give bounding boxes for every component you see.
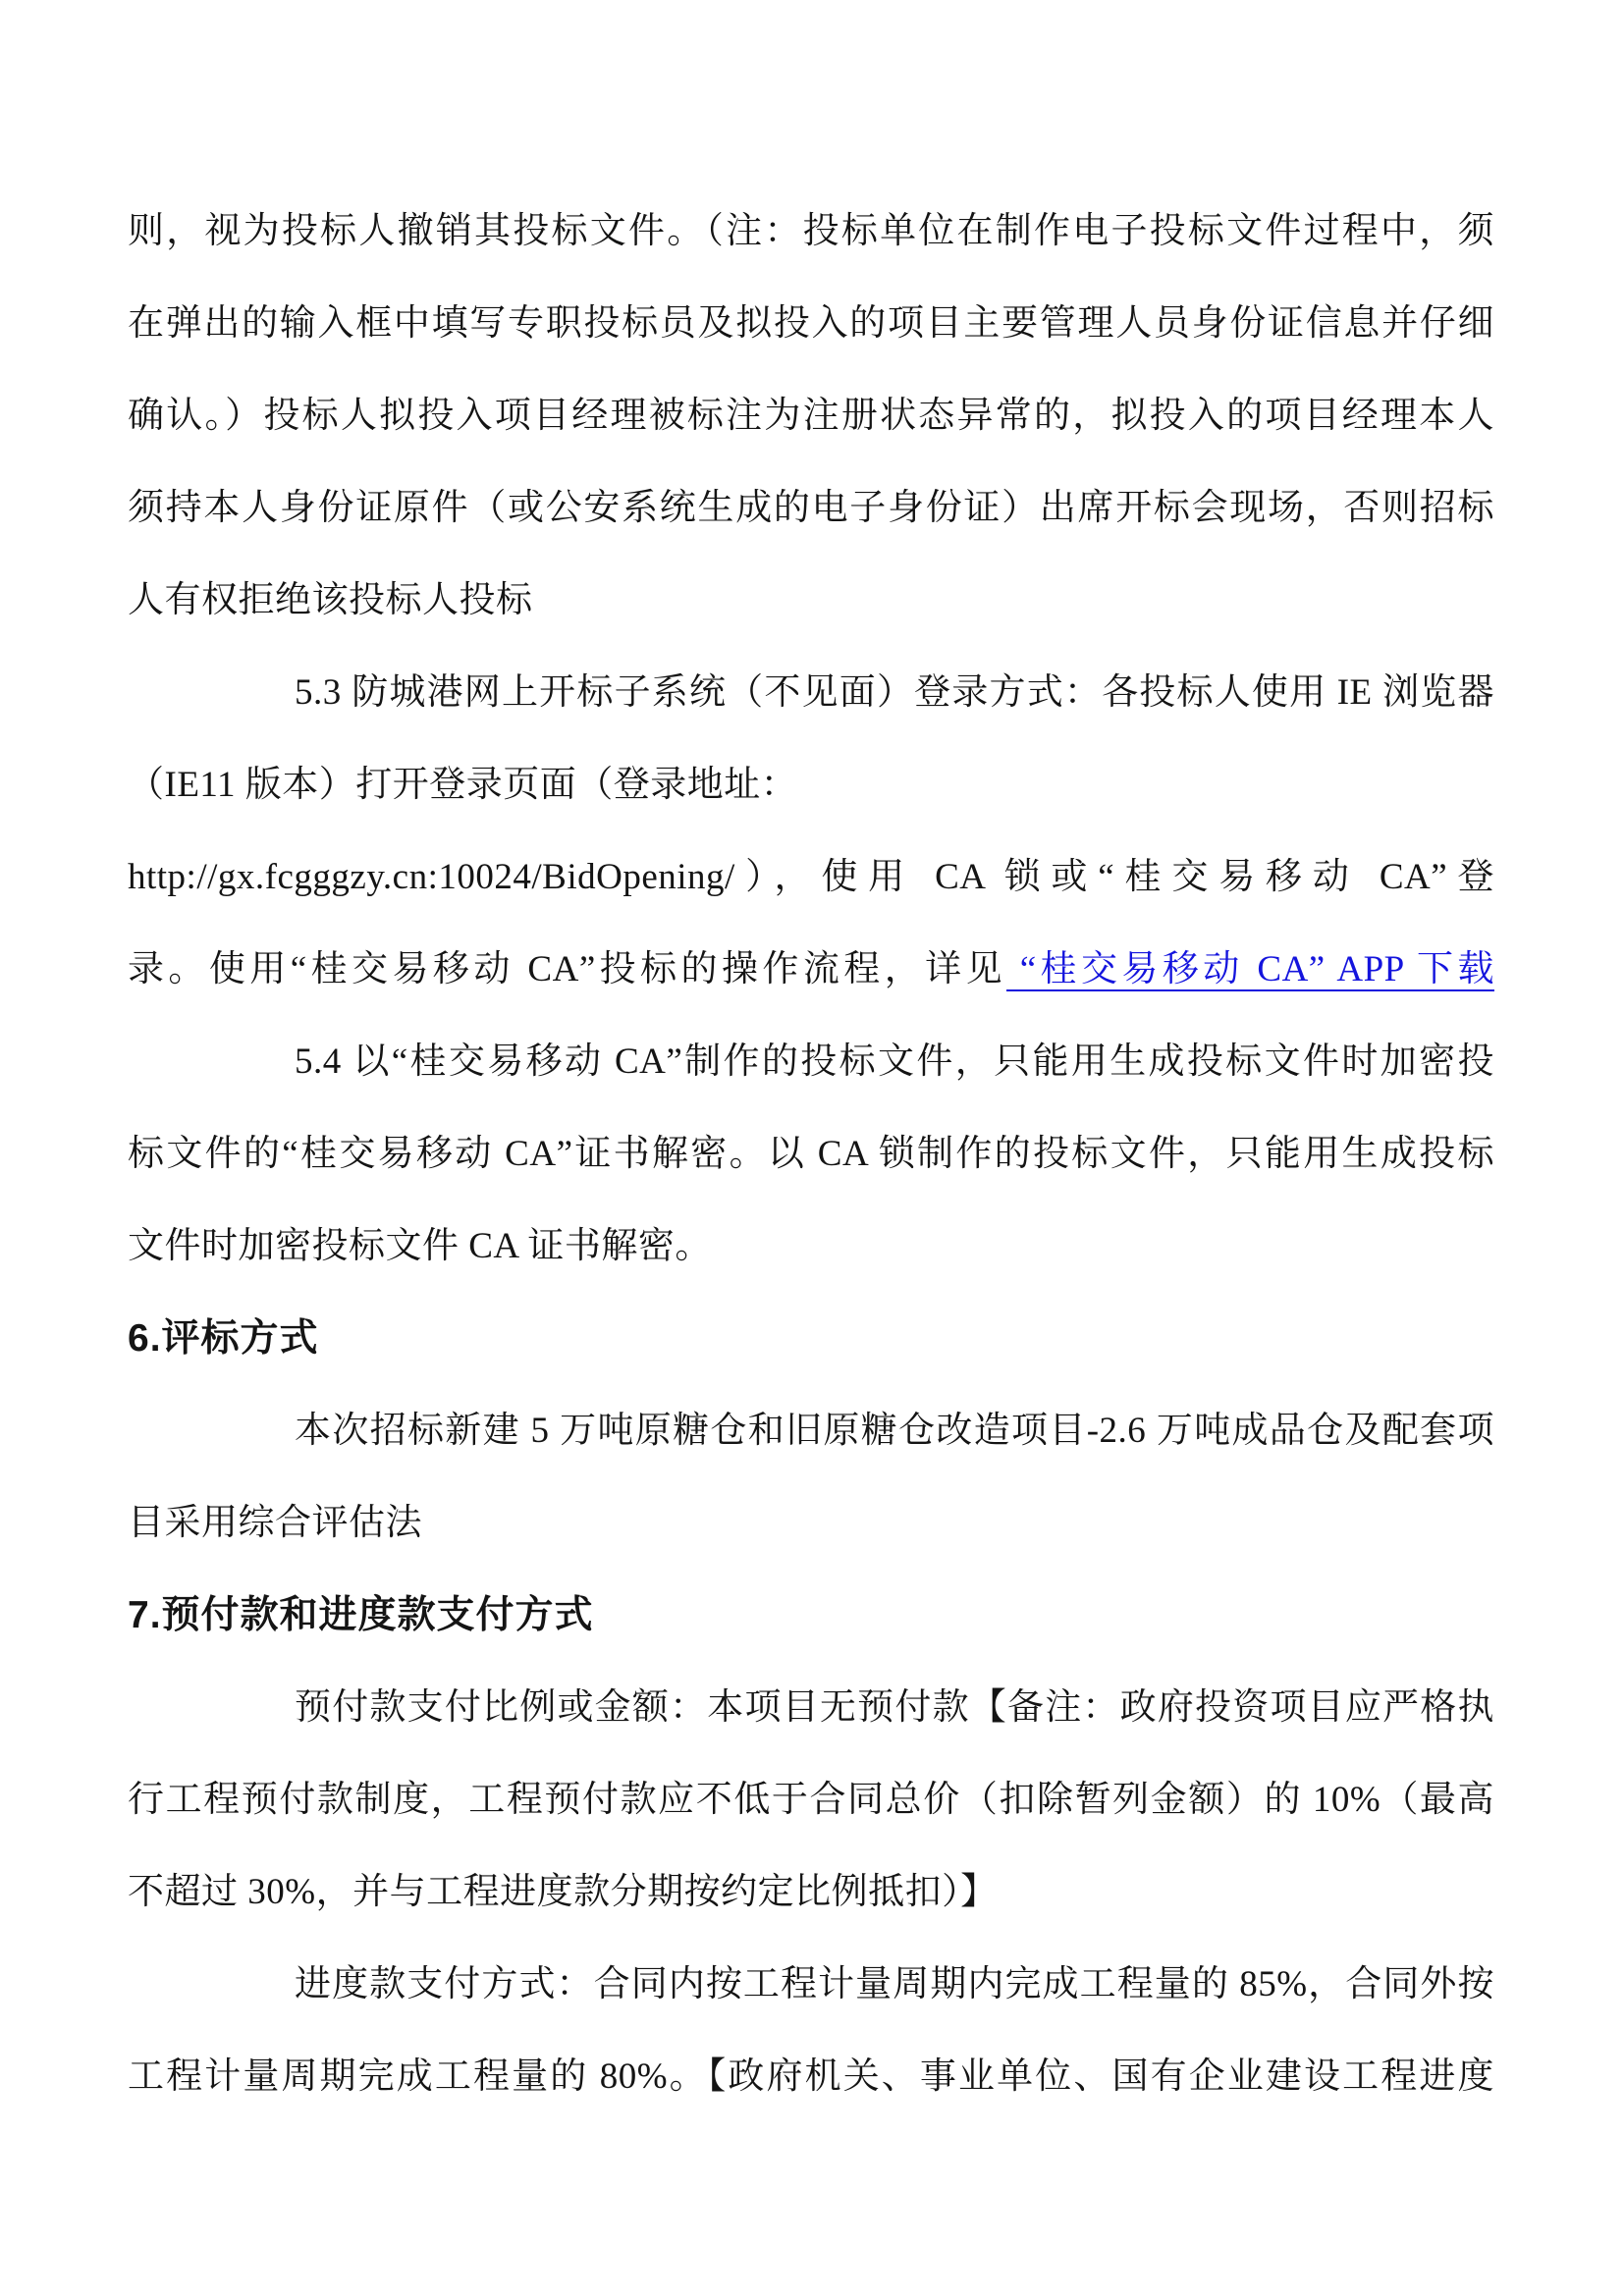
text-segment: 预付款支付比例或金额：本项目无预付款【备注：政府投资项目应严格执 <box>295 1687 1494 1728</box>
text-line: 确认。）投标人拟投入项目经理被标注为注册状态异常的，拟投入的项目经理本人 <box>128 370 1494 462</box>
text-segment: 5.3 防城港网上开标子系统（不见面）登录方式：各投标人使用 IE 浏览器 <box>295 672 1494 713</box>
text-line: 预付款支付比例或金额：本项目无预付款【备注：政府投资项目应严格执 <box>128 1662 1494 1754</box>
text-segment: 6.评标方式 <box>128 1317 319 1360</box>
text-segment: 则，视为投标人撤销其投标文件。（注：投标单位在制作电子投标文件过程中，须 <box>128 211 1494 251</box>
text-line: 标文件的“桂交易移动 CA”证书解密。以 CA 锁制作的投标文件，只能用生成投标 <box>128 1108 1494 1201</box>
text-line: http://gx.fcgggzy.cn:10024/BidOpening/），… <box>128 831 1494 924</box>
text-segment: 文件时加密投标文件 CA 证书解密。 <box>128 1226 712 1266</box>
text-segment: 确认。）投标人拟投入项目经理被标注为注册状态异常的，拟投入的项目经理本人 <box>128 396 1494 436</box>
text-segment: 须持本人身份证原件（或公安系统生成的电子身份证）出席开标会现场，否则招标 <box>128 488 1494 528</box>
text-line: 须持本人身份证原件（或公安系统生成的电子身份证）出席开标会现场，否则招标 <box>128 462 1494 555</box>
text-segment: 本次招标新建 5 万吨原糖仓和旧原糖仓改造项目-2.6 万吨成品仓及配套项 <box>295 1411 1494 1451</box>
text-segment: 标文件的“桂交易移动 CA”证书解密。以 CA 锁制作的投标文件，只能用生成投标 <box>128 1134 1494 1174</box>
text-line: 文件时加密投标文件 CA 证书解密。 <box>128 1201 1494 1293</box>
text-segment: 7.预付款和进度款支付方式 <box>128 1594 594 1636</box>
text-line: （IE11 版本）打开登录页面（登录地址： <box>128 739 1494 831</box>
text-segment: 工程计量周期完成工程量的 80%。【政府机关、事业单位、国有企业建设工程进度 <box>128 2056 1494 2097</box>
text-segment: 不超过 30%，并与工程进度款分期按约定比例抵扣）】 <box>128 1872 998 1912</box>
text-line: 5.4 以“桂交易移动 CA”制作的投标文件，只能用生成投标文件时加密投 <box>128 1016 1494 1108</box>
document-body: 则，视为投标人撤销其投标文件。（注：投标单位在制作电子投标文件过程中，须在弹出的… <box>128 186 1494 2123</box>
text-segment: 在弹出的输入框中填写专职投标员及拟投入的项目主要管理人员身份证信息并仔细 <box>128 303 1494 344</box>
text-line: 不超过 30%，并与工程进度款分期按约定比例抵扣）】 <box>128 1846 1494 1939</box>
text-line: 目采用综合评估法 <box>128 1477 1494 1570</box>
ca-app-download-link[interactable]: “桂交易移动 CA” APP 下载 <box>1006 949 1494 989</box>
text-segment: （IE11 版本）打开登录页面（登录地址： <box>128 765 797 805</box>
document-page: 则，视为投标人撤销其投标文件。（注：投标单位在制作电子投标文件过程中，须在弹出的… <box>0 0 1624 2296</box>
text-segment: 人有权拒绝该投标人投标 <box>128 580 533 620</box>
text-line: 工程计量周期完成工程量的 80%。【政府机关、事业单位、国有企业建设工程进度 <box>128 2031 1494 2123</box>
text-line: 在弹出的输入框中填写专职投标员及拟投入的项目主要管理人员身份证信息并仔细 <box>128 278 1494 370</box>
section-heading: 7.预付款和进度款支付方式 <box>128 1570 1494 1662</box>
text-line: 录。使用“桂交易移动 CA”投标的操作流程，详见 “桂交易移动 CA” APP … <box>128 924 1494 1016</box>
text-segment: 5.4 以“桂交易移动 CA”制作的投标文件，只能用生成投标文件时加密投 <box>295 1041 1494 1082</box>
text-segment: http://gx.fcgggzy.cn:10024/BidOpening/），… <box>128 857 1494 897</box>
section-heading: 6.评标方式 <box>128 1293 1494 1385</box>
text-segment: 行工程预付款制度，工程预付款应不低于合同总价（扣除暂列金额）的 10%（最高 <box>128 1780 1494 1820</box>
text-segment: 目采用综合评估法 <box>128 1503 422 1543</box>
text-line: 5.3 防城港网上开标子系统（不见面）登录方式：各投标人使用 IE 浏览器 <box>128 647 1494 739</box>
text-segment: 录。使用“桂交易移动 CA”投标的操作流程，详见 <box>128 949 1006 989</box>
text-segment: 进度款支付方式：合同内按工程计量周期内完成工程量的 85%，合同外按 <box>295 1964 1494 2004</box>
text-line: 则，视为投标人撤销其投标文件。（注：投标单位在制作电子投标文件过程中，须 <box>128 186 1494 278</box>
text-line: 进度款支付方式：合同内按工程计量周期内完成工程量的 85%，合同外按 <box>128 1939 1494 2031</box>
text-line: 行工程预付款制度，工程预付款应不低于合同总价（扣除暂列金额）的 10%（最高 <box>128 1754 1494 1846</box>
text-line: 人有权拒绝该投标人投标 <box>128 555 1494 647</box>
text-line: 本次招标新建 5 万吨原糖仓和旧原糖仓改造项目-2.6 万吨成品仓及配套项 <box>128 1385 1494 1477</box>
